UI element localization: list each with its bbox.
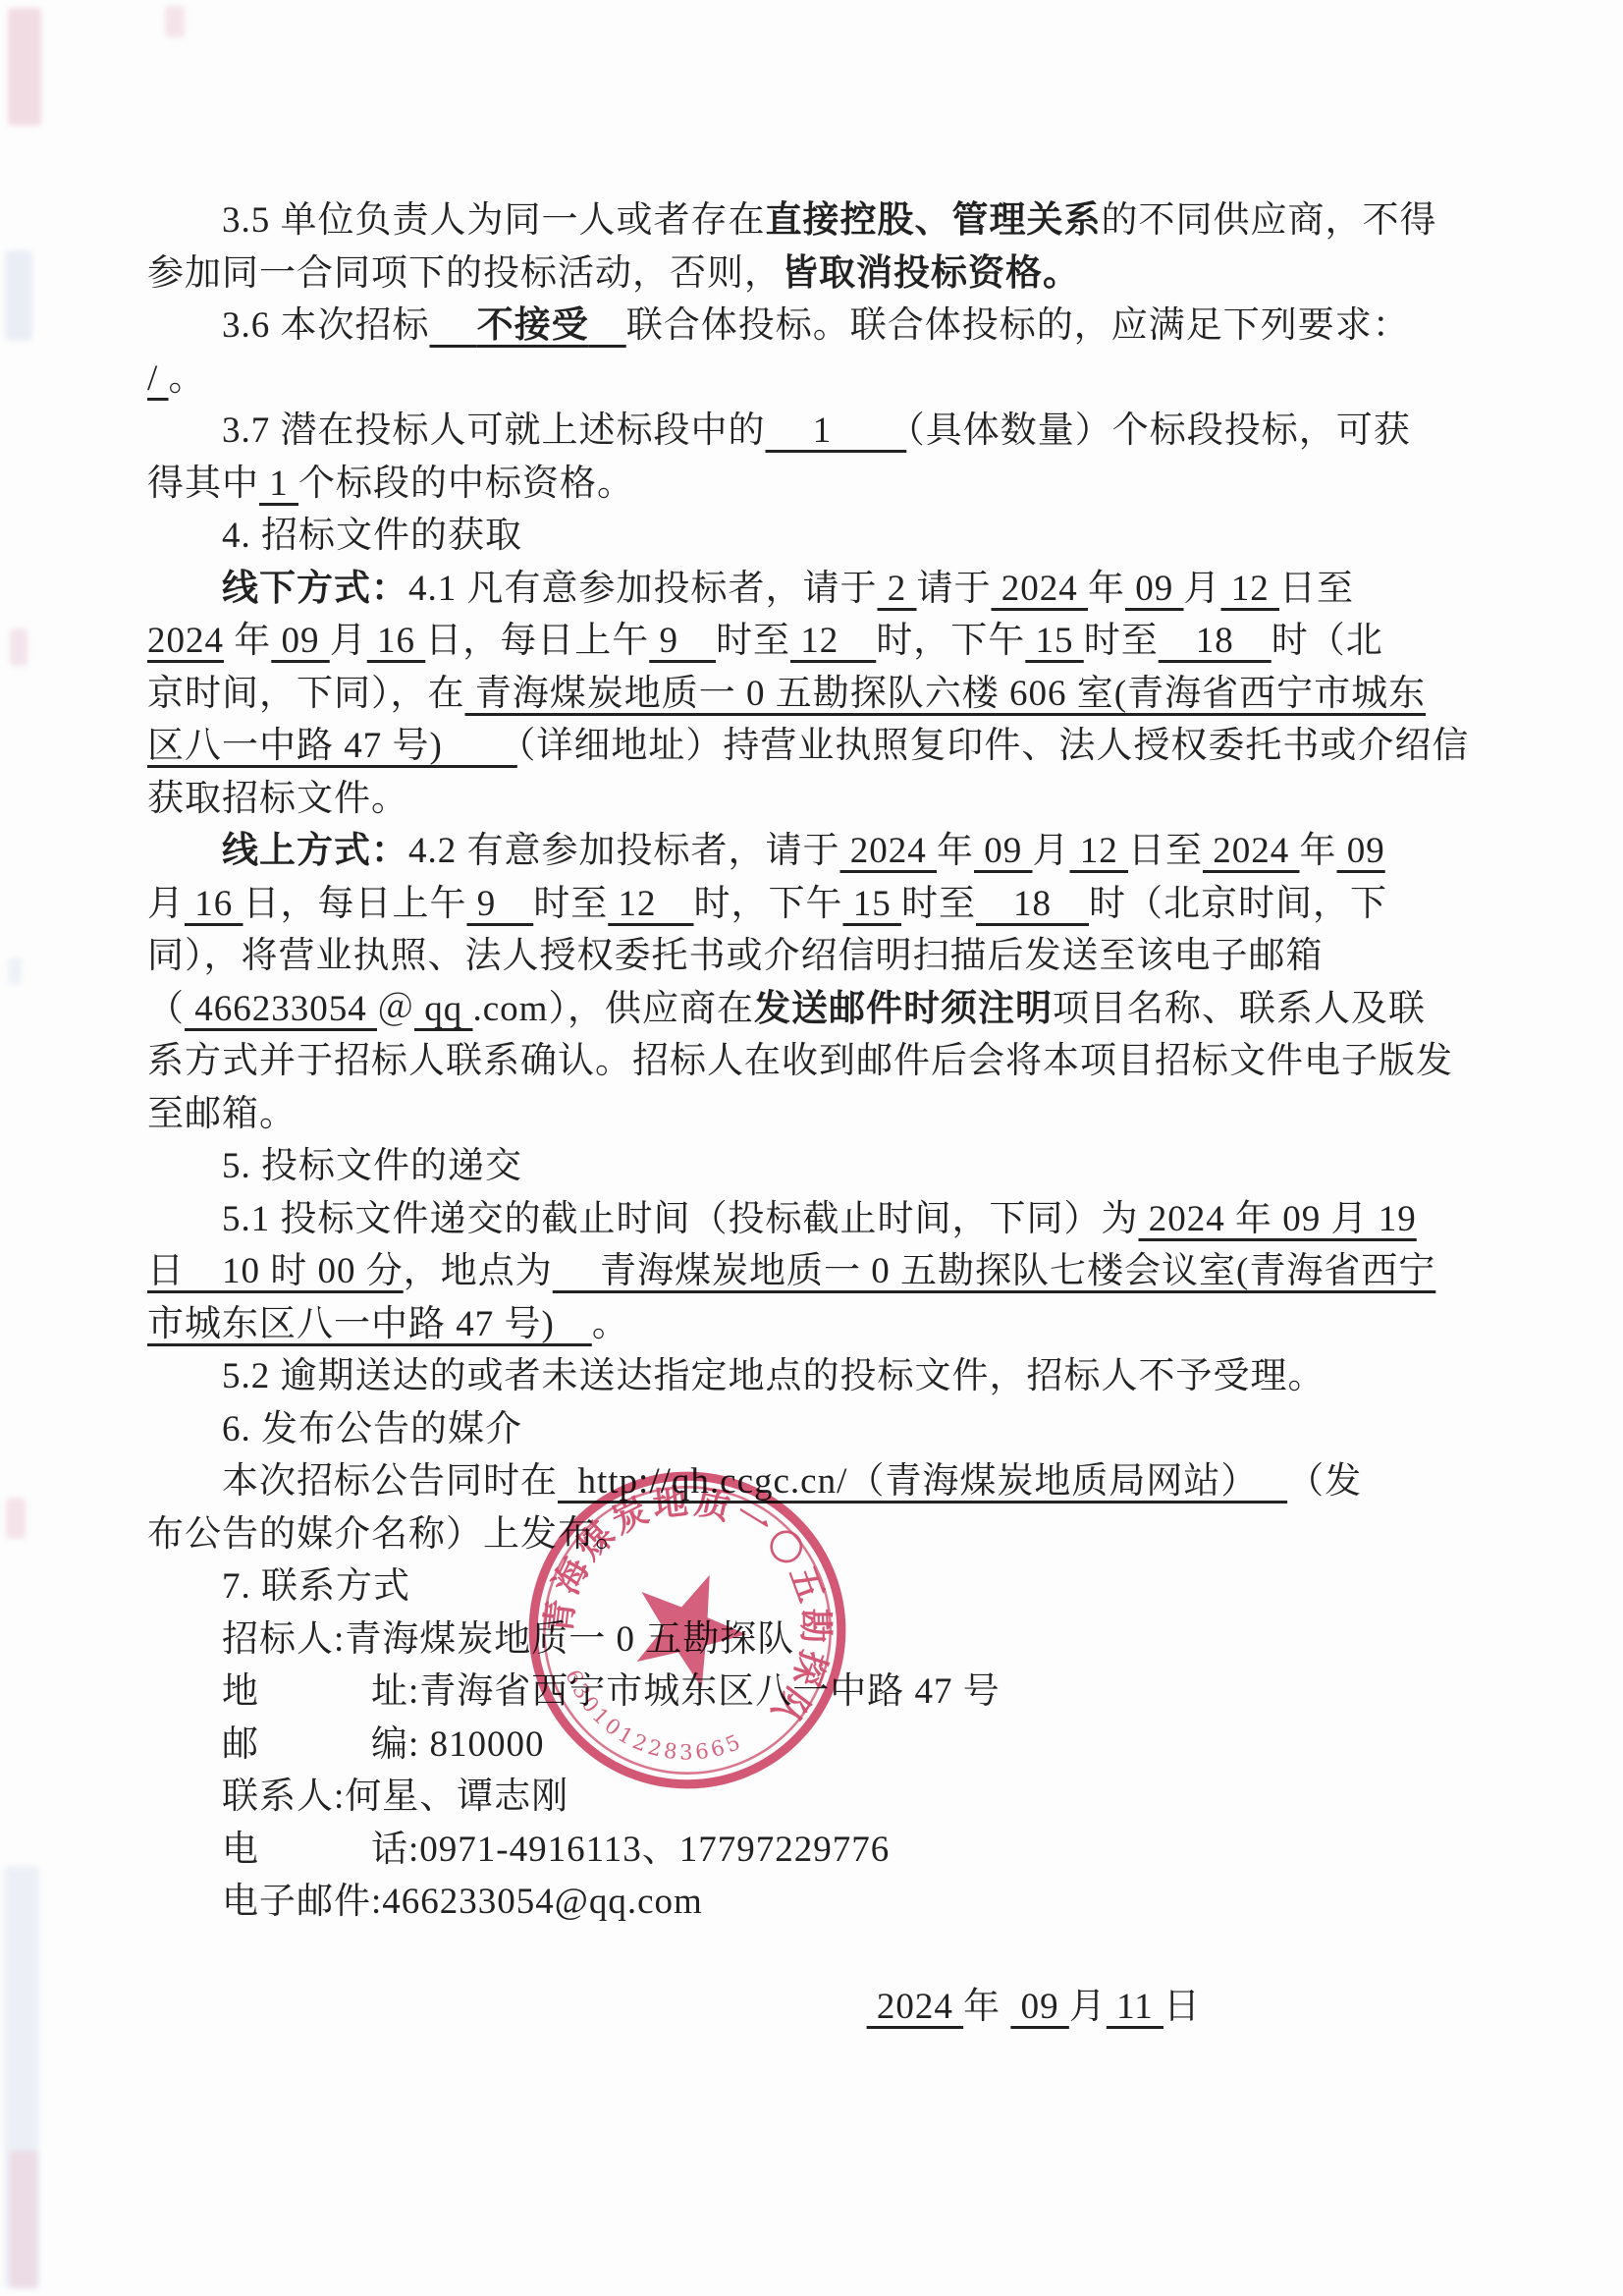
doc-line: 得其中 1 个标段的中标资格。 (147, 458, 1488, 511)
text-segment: 月 (330, 621, 367, 661)
text-segment: 时至 (1084, 621, 1159, 661)
text-segment: / (147, 358, 169, 399)
text-segment: qq (414, 989, 473, 1029)
text-segment: 月 (147, 884, 185, 924)
text-segment: 。 (592, 1304, 629, 1344)
text-segment: 青海煤炭地质一 0 五勘探队六楼 606 室(青海省西宁市城东 (465, 674, 1427, 714)
doc-line: / 。 (147, 353, 1488, 406)
text-segment: 年 (1300, 831, 1337, 871)
text-segment: 09 (271, 621, 330, 661)
text-segment: 本次招标公告同时在 (147, 1461, 558, 1502)
text-segment: 项目名称、联系人及联 (1053, 989, 1426, 1029)
text-segment: 6. 发布公告的媒介 (147, 1409, 522, 1449)
scan-artifact (8, 957, 22, 985)
text-segment: 京时间，下同），在 (147, 674, 465, 714)
doc-line: 2024 年 09 月 11 日 (147, 1981, 1488, 2034)
text-segment: 皆取消投标资格。 (782, 253, 1080, 294)
text-segment: 09 (1337, 831, 1385, 871)
text-segment: 3.5 单位负责人为同一人或者存在 (147, 200, 766, 241)
official-seal: 青海煤炭地质一〇五勘探队 6301012283665 (518, 1461, 856, 1799)
text-segment: 年 (937, 831, 974, 871)
scanned-document-page: 3.5 单位负责人为同一人或者存在直接控股、管理关系的不同供应商，不得参加同一合… (0, 0, 1623, 2296)
text-segment: 月 (1069, 1987, 1107, 2027)
text-segment: 区八一中路 47 号) (147, 726, 517, 766)
text-segment: 12 (1070, 831, 1129, 871)
doc-line: 5.1 投标文件递交的截止时间（投标截止时间，下同）为 2024 年 09 月 … (147, 1193, 1488, 1246)
text-segment: 日至 (1279, 569, 1354, 609)
text-segment: 466233054 (185, 989, 377, 1029)
text-segment: 月 (1184, 569, 1221, 609)
text-segment: 时（北京时间，下 (1089, 884, 1387, 924)
text-segment: 不接受 (477, 305, 589, 346)
text-segment: .com），供应商在 (473, 989, 754, 1029)
seal-code-text: 6301012283665 (543, 1660, 753, 1793)
doc-line: 参加同一合同项下的投标活动，否则，皆取消投标资格。 (147, 247, 1488, 301)
doc-line (147, 1929, 1488, 1982)
doc-line: 5.2 逾期送达的或者未送达指定地点的投标文件，招标人不予受理。 (147, 1350, 1488, 1403)
text-segment: 1 (766, 410, 907, 451)
scan-artifact (5, 250, 32, 341)
text-segment: 09 (1125, 569, 1184, 609)
text-segment (147, 831, 222, 871)
text-segment: 时，下午 (694, 884, 843, 924)
text-segment: 青海煤炭地质一 0 五勘探队七楼会议室(青海省西宁 (553, 1251, 1436, 1291)
text-segment: 日 (1163, 1987, 1201, 2027)
text-segment: 请于 (917, 569, 992, 609)
text-segment: （发 (1287, 1461, 1362, 1502)
text-segment: 3.7 潜在投标人可就上述标段中的 (147, 410, 766, 451)
text-segment: 3.6 本次招标 (147, 305, 430, 346)
text-segment: 发送邮件时须注明 (754, 989, 1053, 1029)
text-segment: 12 (608, 884, 693, 924)
text-segment: 12 (1221, 569, 1280, 609)
scan-artifact (10, 2151, 37, 2288)
doc-line: 3.5 单位负责人为同一人或者存在直接控股、管理关系的不同供应商，不得 (147, 194, 1488, 247)
text-segment: 得其中 (147, 464, 259, 504)
text-segment (430, 305, 477, 346)
text-segment: 日，每日上午 (425, 621, 649, 661)
scan-artifact (4, 1866, 39, 2288)
text-segment: 同），将营业执照、法人授权委托书或介绍信明扫描后发送至该电子邮箱 (147, 936, 1324, 976)
doc-line: 获取招标文件。 (147, 773, 1488, 826)
text-segment: （详细地址）持营业执照复印件、法人授权委托书或介绍信 (517, 726, 1470, 766)
doc-line: 4. 招标文件的获取 (147, 510, 1488, 563)
text-segment: （具体数量）个标段投标，可获 (906, 410, 1411, 451)
text-segment: 线上方式： (222, 831, 408, 871)
text-segment: 18 (976, 884, 1089, 924)
doc-line: 系方式并于招标人联系确认。招标人在收到邮件后会将本项目招标文件电子版发 (147, 1035, 1488, 1088)
text-segment: 时至 (533, 884, 608, 924)
doc-line: 电子邮件:466233054@qq.com (147, 1876, 1488, 1929)
text-segment: 2024 (1203, 831, 1300, 871)
text-segment: 日至 (1128, 831, 1203, 871)
text-segment: 日，每日上午 (243, 884, 467, 924)
text-segment: 7. 联系方式 (147, 1566, 410, 1607)
text-segment: 个标段的中标资格。 (298, 464, 634, 504)
doc-line: （ 466233054 ＠ qq .com），供应商在发送邮件时须注明项目名称、… (147, 983, 1488, 1036)
text-segment: 12 (790, 621, 876, 661)
doc-line: 日 10 时 00 分，地点为 青海煤炭地质一 0 五勘探队七楼会议室(青海省西… (147, 1245, 1488, 1298)
scan-artifact (6, 1498, 26, 1539)
doc-line: 区八一中路 47 号) （详细地址）持营业执照复印件、法人授权委托书或介绍信 (147, 720, 1488, 773)
text-segment: 16 (367, 621, 426, 661)
doc-line: 3.7 潜在投标人可就上述标段中的 1 （具体数量）个标段投标，可获 (147, 405, 1488, 458)
text-segment: 11 (1107, 1987, 1163, 2027)
text-segment: 时至 (716, 621, 790, 661)
text-segment: 获取招标文件。 (147, 779, 408, 819)
doc-line: 市城东区八一中路 47 号) 。 (147, 1298, 1488, 1351)
text-segment: 15 (843, 884, 902, 924)
text-segment: 时（北 (1271, 621, 1383, 661)
text-segment: 2024 年 09 月 19 (1139, 1199, 1417, 1239)
text-segment (589, 305, 626, 346)
text-segment: 电 话:0971-4916113、17797229776 (147, 1830, 890, 1870)
text-segment: 09 (1010, 1987, 1069, 2027)
scan-artifact (8, 8, 41, 126)
seal-star-icon (617, 1554, 762, 1696)
text-segment: 4. 招标文件的获取 (147, 516, 522, 556)
doc-line: 京时间，下同），在 青海煤炭地质一 0 五勘探队六楼 606 室(青海省西宁市城… (147, 668, 1488, 721)
text-segment: 。 (169, 358, 206, 399)
text-segment: 2024 (867, 1987, 964, 2027)
text-segment: ，地点为 (404, 1251, 553, 1291)
doc-line: 同），将营业执照、法人授权委托书或介绍信明扫描后发送至该电子邮箱 (147, 930, 1488, 983)
doc-line: 月 16 日，每日上午 9 时至 12 时，下午 15 时至 18 时（北京时间… (147, 878, 1488, 931)
doc-line: 线下方式：4.1 凡有意参加投标者，请于 2 请于 2024 年 09 月 12… (147, 563, 1488, 616)
text-segment: 参加同一合同项下的投标活动，否则， (147, 253, 782, 294)
text-segment: 16 (185, 884, 243, 924)
scan-artifact (10, 629, 27, 666)
text-segment: （ (147, 989, 185, 1029)
text-segment: 5.1 投标文件递交的截止时间（投标截止时间，下同）为 (147, 1199, 1139, 1239)
text-segment (147, 569, 222, 609)
text-segment: 9 (467, 884, 534, 924)
text-segment: 市城东区八一中路 47 号) (147, 1304, 592, 1344)
text-segment: 年 (1088, 569, 1125, 609)
doc-line: 电 话:0971-4916113、17797229776 (147, 1824, 1488, 1877)
text-segment: 时，下午 (876, 621, 1025, 661)
doc-line: 5. 投标文件的递交 (147, 1140, 1488, 1193)
doc-line: 线上方式：4.2 有意参加投标者，请于 2024 年 09 月 12 日至 20… (147, 825, 1488, 878)
text-segment: 4.1 凡有意参加投标者，请于 (408, 569, 878, 609)
text-segment: 月 (1033, 831, 1070, 871)
text-segment: 邮 编: 810000 (147, 1724, 545, 1765)
text-segment: 1 (259, 464, 298, 504)
text-segment: 直接控股、管理关系 (766, 200, 1102, 241)
text-segment: 2024 (147, 621, 224, 661)
text-segment: 4.2 有意参加投标者，请于 (408, 831, 840, 871)
text-segment: 线下方式： (222, 569, 408, 609)
doc-line: 至邮箱。 (147, 1088, 1488, 1141)
text-segment: 的不同供应商，不得 (1102, 200, 1437, 241)
text-segment: ＠ (377, 989, 414, 1029)
text-segment: 9 (649, 621, 716, 661)
text-segment: 联合体投标。联合体投标的，应满足下列要求： (626, 305, 1410, 346)
text-segment: 18 (1159, 621, 1271, 661)
text-segment: 年 (224, 621, 271, 661)
text-segment: 15 (1025, 621, 1084, 661)
text-segment: 09 (974, 831, 1033, 871)
text-segment: 至邮箱。 (147, 1094, 297, 1134)
text-segment: 2024 (992, 569, 1089, 609)
doc-line: 2024 年 09 月 16 日，每日上午 9 时至 12 时，下午 15 时至… (147, 615, 1488, 668)
scan-artifact (165, 6, 185, 37)
text-segment: 2024 (840, 831, 938, 871)
doc-line: 6. 发布公告的媒介 (147, 1403, 1488, 1456)
text-segment: 联系人:何星、谭志刚 (147, 1777, 568, 1817)
text-segment: 年 (963, 1987, 1010, 2027)
text-segment: 电子邮件:466233054@qq.com (147, 1882, 703, 1922)
official-seal-svg: 青海煤炭地质一〇五勘探队 6301012283665 (518, 1461, 856, 1799)
text-segment: 2 (878, 569, 917, 609)
text-segment: 5. 投标文件的递交 (147, 1146, 522, 1186)
doc-line: 3.6 本次招标 不接受 联合体投标。联合体投标的，应满足下列要求： (147, 300, 1488, 353)
text-segment: 系方式并于招标人联系确认。招标人在收到邮件后会将本项目招标文件电子版发 (147, 1041, 1453, 1081)
text-segment: 时至 (901, 884, 976, 924)
text-segment: 5.2 逾期送达的或者未送达指定地点的投标文件，招标人不予受理。 (147, 1356, 1325, 1396)
text-segment: 日 10 时 00 分 (147, 1251, 404, 1291)
